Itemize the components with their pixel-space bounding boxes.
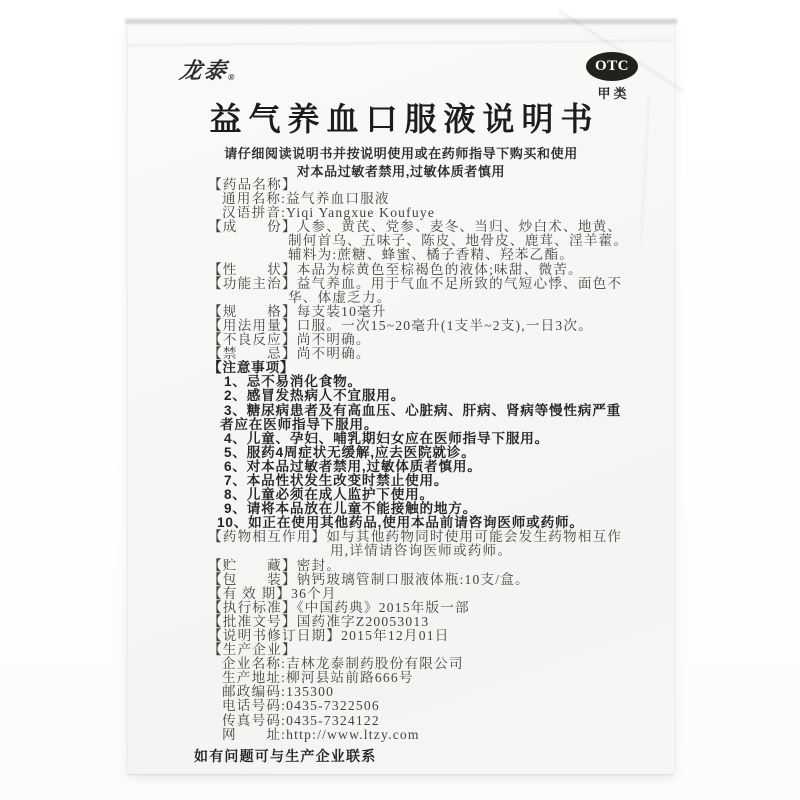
text-line: 【性 状】本品为棕黄色至棕褐色的液体;味甜、微苦。 [208,263,660,277]
advisory-line-1: 请仔细阅读说明书并按说明使用或在药师指导下购买和使用 [128,143,674,162]
text-line: 2、感冒发热病人不宜服用。 [208,389,660,403]
brand-logo: 龙泰® [178,54,240,85]
text-line: 【贮 藏】密封。 [208,559,660,573]
text-line: 【用法用量】口服。一次15~20毫升(1支半~2支),一日3次。 [208,319,660,333]
text-line: 生产地址:柳河县站前路666号 [208,671,660,685]
text-line: 3、糖尿病患者及有高血压、心脏病、肝病、肾病等慢性病严重 [208,404,660,418]
leaflet-paper: 龙泰® OTC 甲类 益气养血口服液说明书 请仔细阅读说明书并按说明使用或在药师… [128,22,674,774]
otc-label: OTC [595,58,629,75]
contact-note: 如有问题可与生产企业联系 [194,746,376,766]
text-line: 4、儿童、孕妇、哺乳期妇女应在医师指导下服用。 [208,432,660,446]
text-line: 华、体虚乏力。 [208,291,660,305]
text-line: 【批准文号】国药准字Z20053013 [208,615,660,629]
text-line: 传真号码:0435-7324122 [208,714,660,728]
text-line: 网 址:http://www.ltzy.com [208,728,660,742]
otc-oval-icon: OTC [586,52,638,81]
text-line: 【功能主治】益气养血。用于气血不足所致的气短心悸、面色不 [208,277,660,291]
text-line: 【不良反应】尚不明确。 [208,333,660,347]
paper-crease-horizontal [128,40,674,47]
text-line: 【规 格】每支装10毫升 [208,305,660,319]
text-line: 【有 效 期】36个月 [208,587,660,601]
text-line: 【包 装】钠钙玻璃管制口服液体瓶:10支/盒。 [208,573,660,587]
text-line: 5、服药4周症状无缓解,应去医院就诊。 [208,446,660,460]
leaflet-body: 【药品名称】通用名称:益气养血口服液汉语拼音:Yiqi Yangxue Kouf… [208,178,660,742]
text-line: 电话号码:0435-7322506 [208,699,660,713]
text-line: 6、对本品过敏者禁用,过敏体质者慎用。 [208,460,660,474]
text-line: 辅料为:蔗糖、蜂蜜、橘子香精、羟苯乙酯。 [208,248,660,262]
text-line: 用,详情请咨询医师或药师。 [208,544,660,558]
brand-name: 龙泰 [178,58,230,83]
leaflet-title: 益气养血口服液说明书 [128,94,674,140]
text-line: 【药品名称】 [208,178,660,192]
text-line: 7、本品性状发生改变时禁止使用。 [208,474,660,488]
text-line: 者应在医师指导下服用。 [208,418,660,432]
text-line: 【说明书修订日期】2015年12月01日 [208,629,660,643]
paper-top-fold [125,19,677,24]
registered-trademark-mark: ® [227,72,237,82]
text-line: 【执行标准】《中国药典》2015年版一部 [208,601,660,615]
